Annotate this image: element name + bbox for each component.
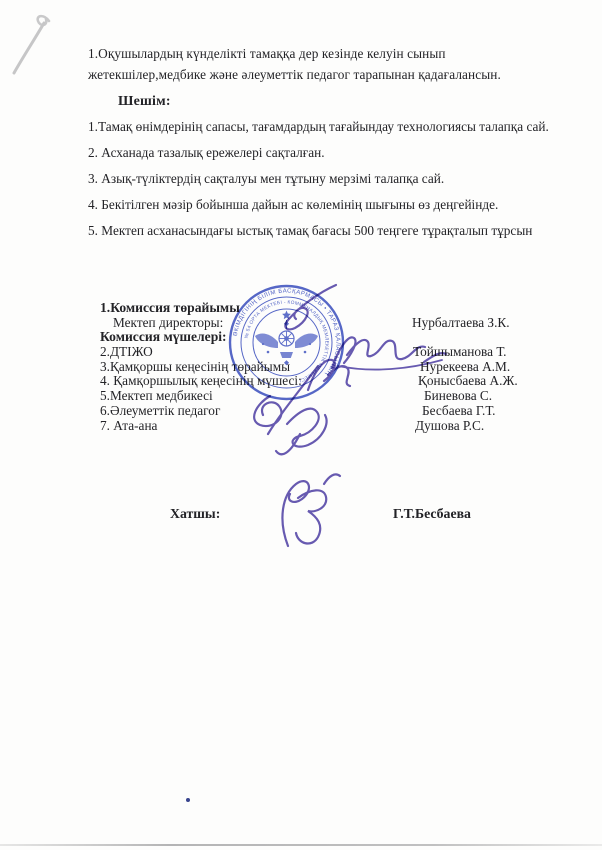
handwritten-signatures — [188, 268, 460, 560]
ink-dot — [186, 798, 190, 802]
signature-middle-scribble — [308, 360, 350, 390]
decision-item: 1.Тамақ өнімдерінің сапасы, тағамдардың … — [88, 119, 562, 135]
decision-heading: Шешім: — [118, 94, 171, 110]
scan-edge-shadow — [0, 844, 602, 847]
intro-paragraph: 1.Оқушылардың күнделікті тамаққа дер кез… — [88, 44, 560, 85]
secretary-signature — [282, 474, 340, 546]
signature-large-loops — [254, 366, 326, 454]
decision-item: 2. Асханада тазалық ережелері сақталған. — [88, 145, 562, 161]
decision-item: 4. Бекітілген мәзір бойынша дайын ас көл… — [88, 197, 562, 213]
scanned-document-page: 1.Оқушылардың күнделікті тамаққа дер кез… — [0, 0, 602, 850]
decision-item: 3. Азық-түліктердің сақталуы мен тұтыну … — [88, 171, 562, 187]
decision-item: 5. Мектеп асханасындағы ыстық тамақ баға… — [88, 223, 562, 239]
signature-top-flourish — [285, 285, 336, 329]
commission-role: 2.ДТІЖО — [100, 345, 153, 360]
pencil-mark — [3, 6, 65, 80]
commission-role: 7. Ата-ана — [100, 419, 157, 434]
signature-right — [332, 337, 446, 369]
